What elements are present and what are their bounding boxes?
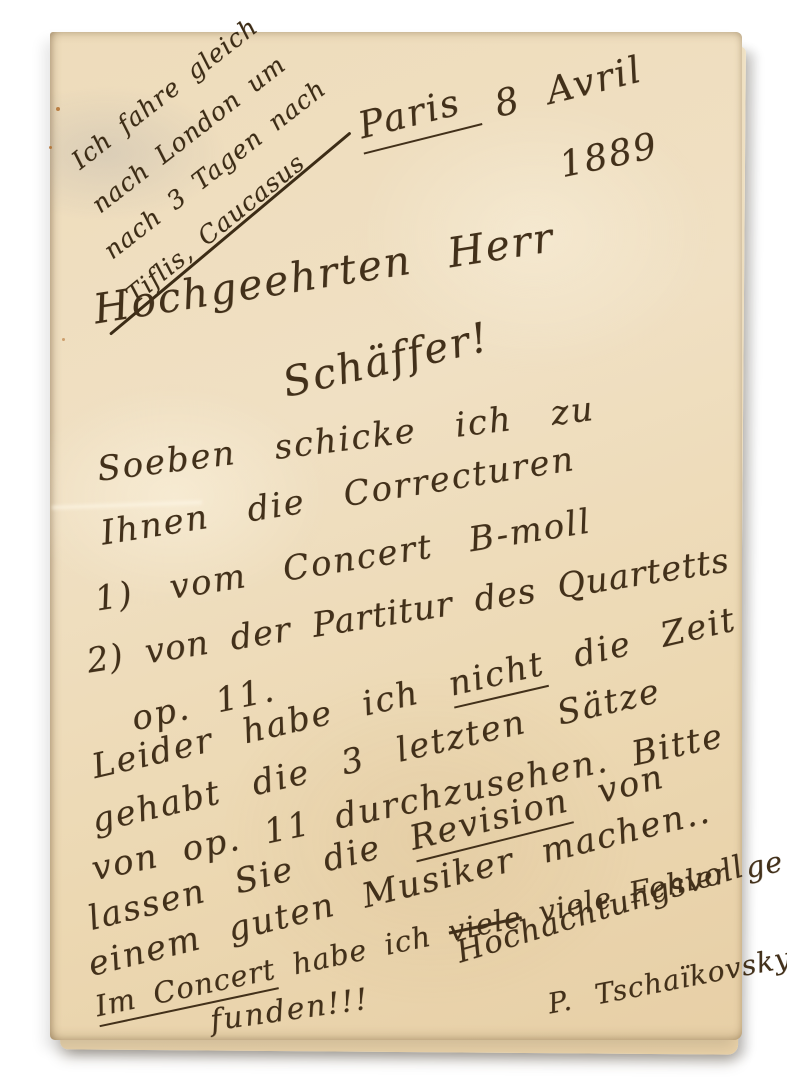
fox-spot — [49, 146, 52, 149]
fox-spot — [62, 338, 65, 341]
fox-spot — [56, 107, 60, 111]
letter-photo: Ich fahre gleich nach London um nach 3 T… — [0, 0, 787, 1080]
